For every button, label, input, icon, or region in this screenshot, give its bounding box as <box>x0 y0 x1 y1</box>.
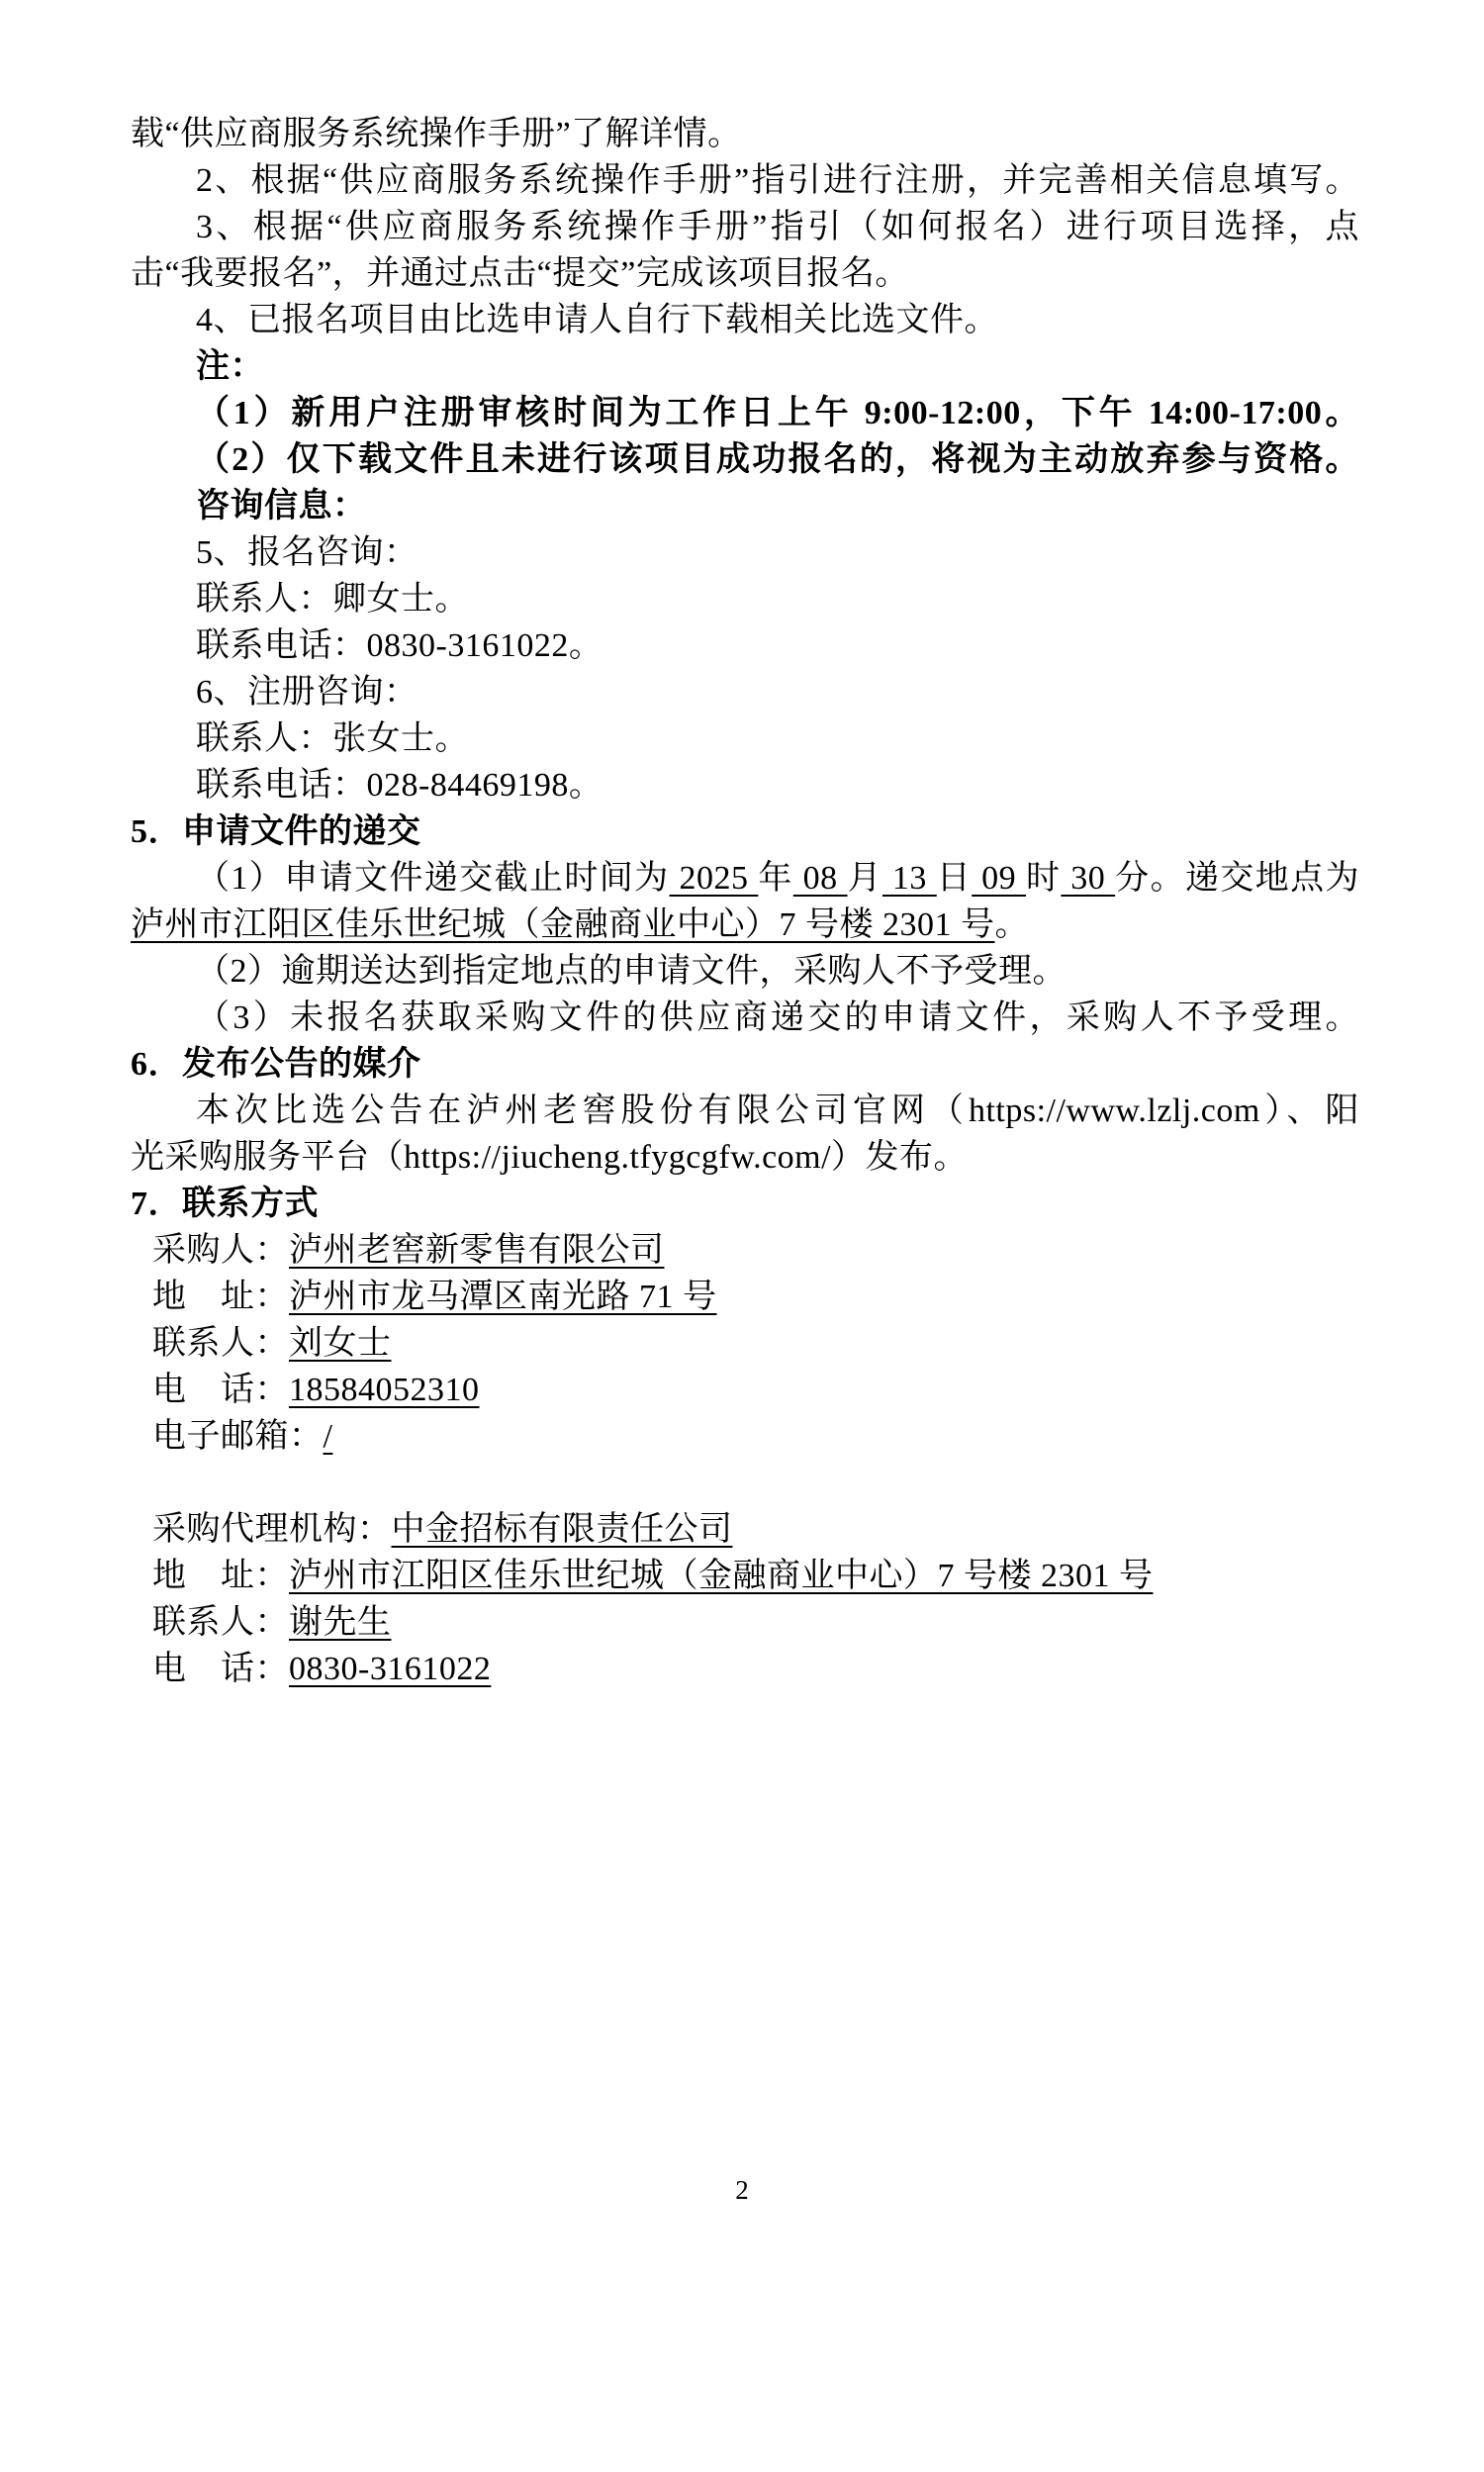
purchaser-email: 电子邮箱：/ <box>131 1413 1359 1460</box>
text-segment: 光采购服务平台（https://jiucheng.tfygcgfw.com/）发… <box>131 1139 968 1176</box>
underlined-value: 09 <box>972 860 1026 897</box>
text-segment: 电 话： <box>152 1372 289 1408</box>
register-contact-person: 联系人：张女士。 <box>131 715 1359 762</box>
text-segment: （1）新用户注册审核时间为工作日上午 9:00-12:00，下午 14:00-1… <box>196 395 1359 431</box>
page-footer: 2 <box>0 2173 1484 2207</box>
consult-info-label: 咨询信息： <box>131 483 1359 529</box>
text-segment: 日 <box>937 860 972 897</box>
underlined-value: 泸州老窖新零售有限公司 <box>289 1232 665 1269</box>
text-segment: 联系电话：0830-3161022。 <box>196 627 603 664</box>
text-segment: 7．联系方式 <box>131 1186 319 1222</box>
text-segment: 注： <box>196 348 264 385</box>
page-number: 2 <box>735 2175 749 2205</box>
underlined-value: 30 <box>1061 860 1115 897</box>
underlined-value: 泸州市龙马潭区南光路 71 号 <box>289 1279 717 1315</box>
submission-deadline-line1: （1）申请文件递交截止时间为 2025 年 08 月 13 日 09 时 30 … <box>131 855 1359 902</box>
agency-address: 地 址：泸州市江阳区佳乐世纪城（金融商业中心）7 号楼 2301 号 <box>131 1553 1359 1599</box>
text-segment: 采购人： <box>152 1232 289 1269</box>
register-contact-phone: 联系电话：028-84469198。 <box>131 762 1359 808</box>
text-segment: 电子邮箱： <box>152 1418 324 1455</box>
text-segment: 分。递交地点为 <box>1115 860 1359 897</box>
text-segment: 本次比选公告在泸州老窖股份有限公司官网（https://www.lzlj.com… <box>196 1093 1359 1129</box>
text-segment: 月 <box>848 860 882 897</box>
text-segment: 5．申请文件的递交 <box>131 813 421 850</box>
underlined-value: 刘女士 <box>289 1325 392 1362</box>
purchaser-contact-person: 联系人：刘女士 <box>131 1320 1359 1367</box>
text-segment: （2）仅下载文件且未进行该项目成功报名的，将视为主动放弃参与资格。 <box>196 441 1359 478</box>
heading-7-contact: 7．联系方式 <box>131 1181 1359 1227</box>
agency-phone: 电 话：0830-3161022 <box>131 1646 1359 1692</box>
underlined-value: 13 <box>882 860 937 897</box>
item-2-register: 2、根据“供应商服务系统操作手册”指引进行注册，并完善相关信息填写。 <box>131 157 1359 204</box>
item-4-download-files: 4、已报名项目由比选申请人自行下载相关比选文件。 <box>131 297 1359 343</box>
underlined-value: 2025 <box>670 860 759 897</box>
underlined-value: 泸州市江阳区佳乐世纪城（金融商业中心）7 号楼 2301 号 <box>289 1558 1154 1594</box>
item-3-signup-line2: 击“我要报名”，并通过点击“提交”完成该项目报名。 <box>131 250 1359 297</box>
signup-contact-phone: 联系电话：0830-3161022。 <box>131 622 1359 669</box>
submission-unregistered-rejected: （3）未报名获取采购文件的供应商递交的申请文件，采购人不予受理。 <box>131 995 1359 1041</box>
text-segment: 时 <box>1026 860 1061 897</box>
underlined-value: 中金招标有限责任公司 <box>392 1511 733 1548</box>
text-segment: 2、根据“供应商服务系统操作手册”指引进行注册，并完善相关信息填写。 <box>196 162 1359 199</box>
underlined-value: / <box>324 1418 333 1455</box>
text-segment: 载“供应商服务系统操作手册”了解详情。 <box>131 116 742 152</box>
underlined-value: 18584052310 <box>289 1372 480 1408</box>
text-segment: 联系人： <box>152 1325 289 1362</box>
text-segment: 联系人： <box>152 1604 289 1641</box>
text-segment: 6．发布公告的媒介 <box>131 1046 421 1083</box>
text-segment: 地 址： <box>152 1279 289 1315</box>
agency-contact-person: 联系人：谢先生 <box>131 1599 1359 1646</box>
document-page: 载“供应商服务系统操作手册”了解详情。2、根据“供应商服务系统操作手册”指引进行… <box>0 0 1484 2472</box>
purchaser-address: 地 址：泸州市龙马潭区南光路 71 号 <box>131 1274 1359 1320</box>
underlined-value: 08 <box>793 860 848 897</box>
note-label: 注： <box>131 343 1359 390</box>
submission-address-line2: 泸州市江阳区佳乐世纪城（金融商业中心）7 号楼 2301 号。 <box>131 902 1359 948</box>
line-download-manual-continuation: 载“供应商服务系统操作手册”了解详情。 <box>131 111 1359 157</box>
underlined-value: 泸州市江阳区佳乐世纪城（金融商业中心）7 号楼 2301 号 <box>131 906 995 943</box>
text-segment: 4、已报名项目由比选申请人自行下载相关比选文件。 <box>196 302 998 338</box>
text-segment: 击“我要报名”，并通过点击“提交”完成该项目报名。 <box>131 255 909 292</box>
underlined-value: 谢先生 <box>289 1604 392 1641</box>
note-1-review-time: （1）新用户注册审核时间为工作日上午 9:00-12:00，下午 14:00-1… <box>131 390 1359 436</box>
blank-line <box>131 1460 1359 1506</box>
text-segment: 联系电话：028-84469198。 <box>196 767 603 804</box>
signup-contact-person: 联系人：卿女士。 <box>131 576 1359 622</box>
text-segment: 。 <box>995 906 1030 943</box>
agency-name: 采购代理机构：中金招标有限责任公司 <box>131 1506 1359 1553</box>
item-5-signup-consult: 5、报名咨询： <box>131 529 1359 576</box>
item-6-register-consult: 6、注册咨询： <box>131 669 1359 715</box>
media-line2: 光采购服务平台（https://jiucheng.tfygcgfw.com/）发… <box>131 1134 1359 1181</box>
note-2-waiver: （2）仅下载文件且未进行该项目成功报名的，将视为主动放弃参与资格。 <box>131 436 1359 483</box>
text-segment: 联系人：卿女士。 <box>196 581 469 618</box>
text-segment: 5、报名咨询： <box>196 534 418 571</box>
document-body: 载“供应商服务系统操作手册”了解详情。2、根据“供应商服务系统操作手册”指引进行… <box>131 111 1359 1692</box>
item-3-signup-line1: 3、根据“供应商服务系统操作手册”指引（如何报名）进行项目选择，点 <box>131 204 1359 250</box>
text-segment: 年 <box>758 860 792 897</box>
purchaser-phone: 电 话：18584052310 <box>131 1367 1359 1413</box>
text-segment: （3）未报名获取采购文件的供应商递交的申请文件，采购人不予受理。 <box>196 999 1359 1036</box>
text-segment: 地 址： <box>152 1558 289 1594</box>
text-segment: 6、注册咨询： <box>196 674 418 711</box>
purchaser-name: 采购人：泸州老窖新零售有限公司 <box>131 1227 1359 1274</box>
text-segment: （2）逾期送达到指定地点的申请文件，采购人不予受理。 <box>196 953 1067 990</box>
text-segment: 采购代理机构： <box>152 1511 392 1548</box>
underlined-value: 0830-3161022 <box>289 1651 491 1687</box>
media-line1: 本次比选公告在泸州老窖股份有限公司官网（https://www.lzlj.com… <box>131 1088 1359 1134</box>
heading-6-media: 6．发布公告的媒介 <box>131 1041 1359 1088</box>
text-segment: 联系人：张女士。 <box>196 720 469 757</box>
submission-late-rejected: （2）逾期送达到指定地点的申请文件，采购人不予受理。 <box>131 948 1359 995</box>
text-segment: 电 话： <box>152 1651 289 1687</box>
text-segment: 3、根据“供应商服务系统操作手册”指引（如何报名）进行项目选择，点 <box>196 209 1359 245</box>
text-segment: （1）申请文件递交截止时间为 <box>196 860 670 897</box>
heading-5-submission: 5．申请文件的递交 <box>131 808 1359 855</box>
text-segment: 咨询信息： <box>196 488 367 524</box>
